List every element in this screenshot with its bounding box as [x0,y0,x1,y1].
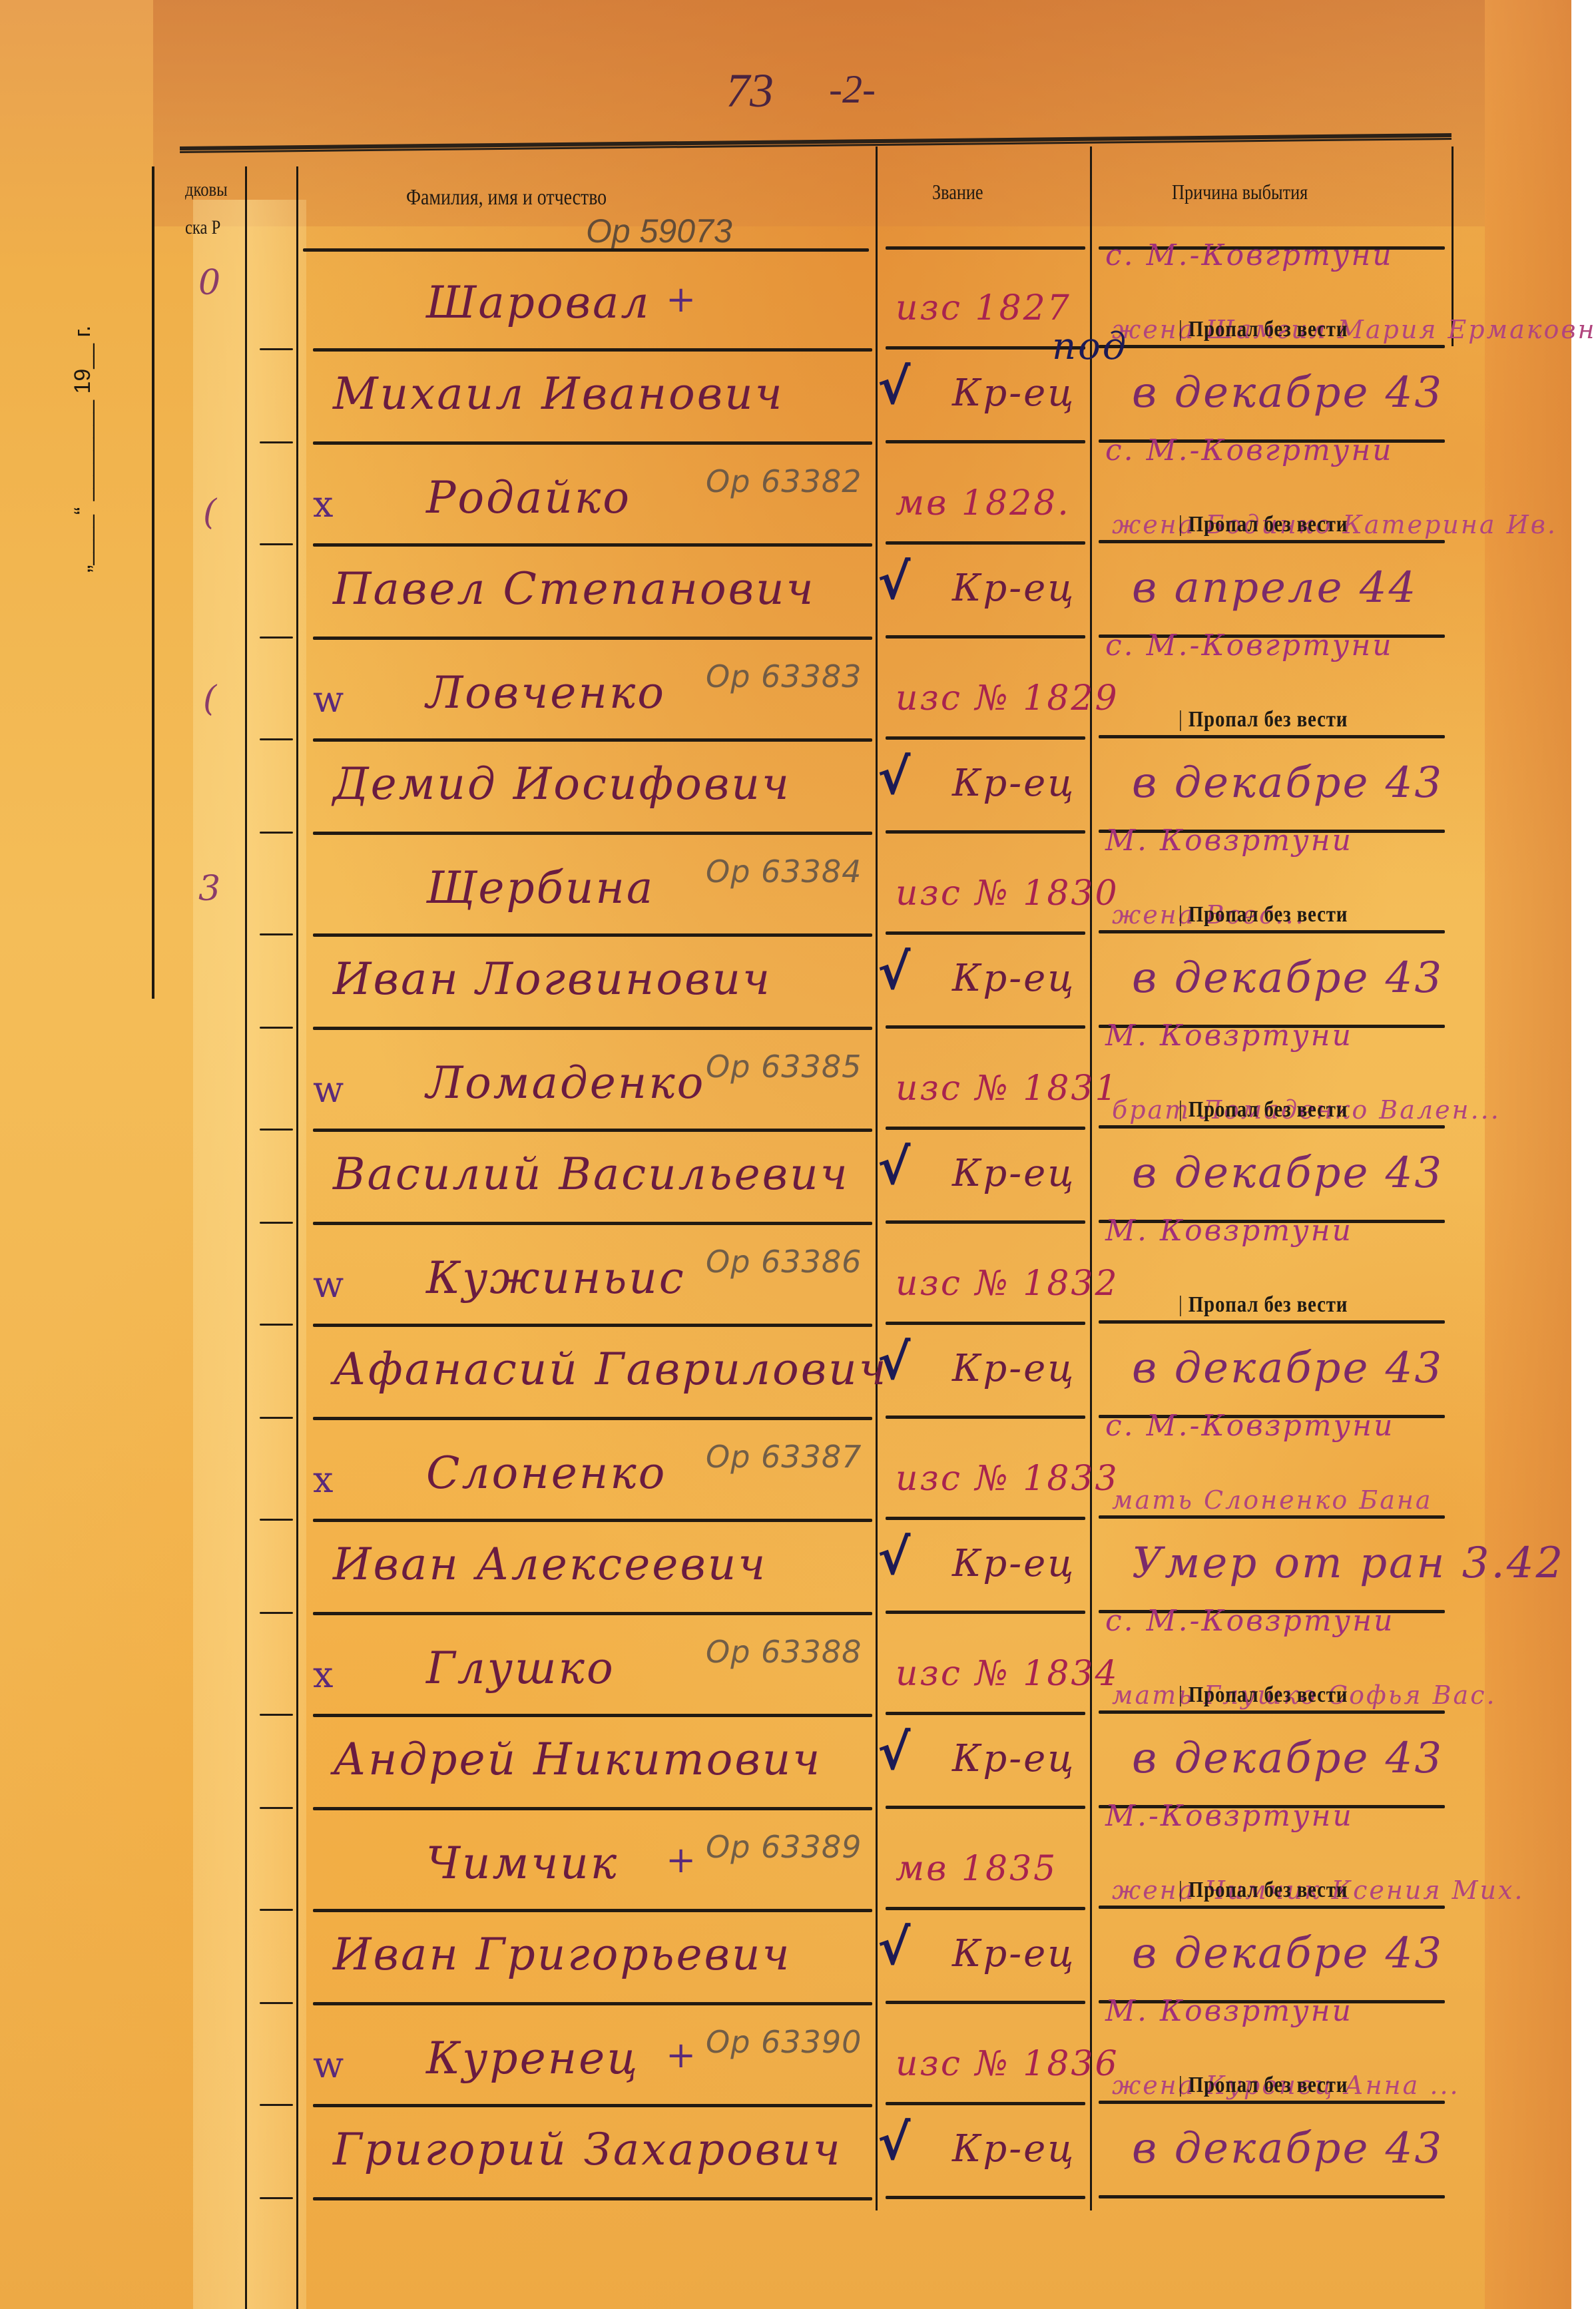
entry-pencil-id: Ор 63388 [706,1634,862,1670]
row-rule [886,1220,1085,1224]
row-rule [886,635,1085,639]
missing-stamp: Пропал без вести [1179,512,1348,537]
row-rule [260,1027,293,1029]
left-row-number: 3 [198,869,220,909]
entry-pencil-id: Ор 63382 [706,463,862,499]
entry-checkmark: √ [878,1529,910,1586]
row-rule [313,1129,872,1132]
entry-first-patronymic: Иван Логвинович [333,953,772,1005]
row-rule [886,1806,1085,1809]
entry-suffix-mark: + [666,2034,698,2076]
entry-date: в декабре 43 [1132,758,1444,808]
row-rule [313,441,872,445]
row-rule [886,2001,1085,2004]
entry-checkmark: √ [878,2114,910,2171]
tape-overlay-right [1485,0,1571,2309]
entry-surname: Куренец [426,2033,639,2084]
row-rule [313,933,872,937]
entry-checkmark: √ [878,1724,910,1781]
row-rule [886,246,1085,250]
entry-surname: Кужиньис [426,1252,686,1304]
row-rule [886,2196,1085,2199]
entry-village: с. М.-Ковгртуни [1105,238,1394,272]
column-divider [1090,146,1092,2210]
entry-rank: Кр-ец [952,372,1075,415]
entry-surname: Родайко [426,472,631,523]
entry-number: изс № 1832 [896,1264,1119,1304]
entry-first-patronymic: Павел Степанович [333,563,816,615]
entry-suffix-mark: + [666,278,698,320]
row-rule [260,1714,293,1716]
row-rule [886,1415,1085,1419]
entry-date: в декабре 43 [1132,953,1444,1003]
entry-rank: Кр-ец [952,1347,1075,1390]
row-rule [886,830,1085,834]
entry-date: в декабре 43 [1132,1344,1444,1393]
row-rule [886,440,1085,443]
row-rule [313,1714,872,1717]
entry-mark: x [313,483,335,525]
missing-stamp: Пропал без вести [1179,317,1348,342]
row-rule [313,738,872,742]
missing-stamp: Пропал без вести [1179,1878,1348,1903]
missing-stamp: Пропал без вести [1179,1097,1348,1123]
row-rule [260,2104,293,2106]
entry-number: мв 1828. [896,483,1071,523]
row-rule [313,2197,872,2200]
row-rule [886,1712,1085,1715]
row-rule [886,1517,1085,1520]
column-header-rank: Звание [932,180,983,204]
row-rule [1099,1906,1445,1909]
entry-checkmark: √ [878,358,910,415]
row-rule [313,1417,872,1420]
entry-village: М.-Ковзртуни [1105,1799,1354,1833]
row-rule [313,348,872,352]
entry-pencil-id: Ор 63387 [706,1439,862,1475]
page-number-printed: -2- [829,67,876,113]
left-row-number: ( [203,493,216,533]
scan-edge [1571,0,1596,2309]
entry-checkmark: √ [878,1919,910,1976]
row-rule [260,1519,293,1521]
entry-village: с. М.-Ковзртуни [1105,1604,1394,1638]
row-rule [313,1807,872,1810]
entry-mark: x [313,1459,335,1501]
entry-village: М. Ковзртуни [1105,1019,1353,1053]
entry-number: изс № 1836 [896,2044,1119,2084]
left-row-number: ( [203,679,216,719]
entry-date: в декабре 43 [1132,1929,1444,1978]
entry-date: в декабре 43 [1132,2124,1444,2173]
entry-note: под [1052,325,1128,368]
entry-rank: Кр-ец [952,1737,1075,1780]
row-rule [260,543,293,545]
entry-pencil-id: Ор 63385 [706,1049,862,1085]
row-rule [313,1612,872,1615]
row-rule [1099,540,1445,543]
row-rule [1099,930,1445,933]
entry-first-patronymic: Демид Иосифович [333,758,791,810]
row-rule [313,1324,872,1327]
entry-date: в декабре 43 [1132,368,1444,417]
entry-rank: Кр-ец [952,2127,1075,2171]
entry-rank: Кр-ец [952,1152,1075,1195]
entry-mark: x [313,1654,335,1696]
entry-surname: Шаровал [426,277,651,328]
entry-date: в апреле 44 [1132,563,1418,613]
entry-checkmark: √ [878,1334,910,1391]
entry-date: в декабре 43 [1132,1149,1444,1198]
entry-surname: Ловченко [426,667,666,718]
row-rule [886,1611,1085,1614]
entry-kin: мать Слоненко Бана [1112,1485,1433,1515]
column-header-name: Фамилия, имя и отчество [406,185,607,210]
row-rule [1099,1710,1445,1714]
entry-checkmark: √ [878,1139,910,1196]
row-rule [1099,1125,1445,1129]
entry-mark: w [313,2044,346,2086]
entry-village: с. М.-Ковгртуни [1105,629,1394,662]
row-rule [260,933,293,935]
row-rule [886,2102,1085,2105]
entry-first-patronymic: Василий Васильевич [333,1149,850,1200]
row-rule [260,1222,293,1224]
row-rule [260,441,293,443]
entry-first-patronymic: Иван Алексеевич [333,1539,767,1590]
row-rule [886,736,1085,740]
row-rule [260,1909,293,1911]
entry-rank: Кр-ец [952,1932,1075,1975]
entry-pencil-id: Ор 63389 [706,1829,862,1865]
row-rule [1099,345,1445,348]
entry-checkmark: √ [878,553,910,611]
row-rule [886,1025,1085,1029]
row-rule [260,637,293,639]
row-rule [313,637,872,640]
entry-number: мв 1835 [896,1849,1057,1889]
margin-line [152,166,154,999]
entry-village: с. М.-Ковгртуни [1105,433,1394,467]
entry-checkmark: √ [878,748,910,806]
entry-number: изс № 1831 [896,1069,1119,1109]
missing-stamp: Пропал без вести [1179,1682,1348,1708]
row-rule [1099,735,1445,738]
entry-mark: w [313,678,346,720]
row-rule [303,248,869,252]
row-rule [260,348,293,350]
entry-first-patronymic: Григорий Захарович [333,2124,842,2175]
entry-number: изс 1827 [896,288,1071,328]
entry-first-patronymic: Михаил Иванович [333,368,784,419]
entry-surname: Щербина [426,862,655,913]
column-header-reason: Причина выбытия [1172,180,1308,204]
missing-stamp: Пропал без вести [1179,707,1348,732]
entry-number: изс № 1834 [896,1654,1119,1694]
entry-first-patronymic: Афанасий Гаврилович [333,1344,888,1395]
entry-pencil-id: Ор 63383 [706,658,862,694]
entry-village: М. Ковзртуни [1105,1994,1353,2028]
entry-rank: Кр-ец [952,762,1075,805]
row-rule [313,832,872,835]
row-rule [886,1322,1085,1325]
entry-pencil-id: Ор 63384 [706,854,862,890]
page-number-handwritten: 73 [726,63,774,119]
column-header-partial-2: ска Р [185,216,220,239]
entry-rank: Кр-ец [952,567,1075,610]
row-rule [313,543,872,547]
row-rule [260,832,293,834]
entry-number: изс № 1830 [896,874,1119,913]
row-rule [260,2002,293,2004]
row-rule [260,1324,293,1326]
row-rule [1099,2195,1445,2198]
row-rule [313,2104,872,2107]
entry-surname: Чимчик [426,1838,619,1889]
row-rule [1099,1320,1445,1324]
entry-rank: Кр-ец [952,1542,1075,1585]
row-rule [260,2197,293,2199]
entry-surname: Слоненко [426,1447,666,1499]
entry-suffix-mark: + [666,1839,698,1881]
entry-village: М. Ковзртуни [1105,1214,1353,1248]
row-rule [886,1907,1085,1910]
row-rule [313,2002,872,2005]
row-rule [313,1222,872,1225]
row-rule [886,541,1085,545]
entry-checkmark: √ [878,943,910,1001]
row-rule [260,1807,293,1809]
left-row-number: 0 [198,263,220,303]
entry-number: изс № 1833 [896,1459,1119,1499]
entry-date: в декабре 43 [1132,1734,1444,1783]
entry-number: изс № 1829 [896,678,1119,718]
column-header-partial-1: дковы [185,178,228,201]
row-rule [1099,2101,1445,2104]
missing-stamp: Пропал без вести [1179,902,1348,927]
row-rule [260,1417,293,1419]
entry-first-patronymic: Иван Григорьевич [333,1929,792,1980]
entry-mark: w [313,1069,346,1111]
row-rule [1099,1515,1445,1519]
missing-stamp: Пропал без вести [1179,2073,1348,2098]
entry-surname: Ломаденко [426,1057,705,1109]
row-rule [313,1519,872,1522]
row-rule [313,1027,872,1030]
date-margin-label: „____“ ________ 19__ г. [70,326,96,573]
header-id-stamp: Ор 59073 [586,212,732,250]
entry-mark: w [313,1264,346,1306]
entry-pencil-id: Ор 63386 [706,1244,862,1280]
column-divider [296,166,298,2309]
entry-village: с. М.-Ковзртуни [1105,1409,1394,1443]
entry-date: Умер от ран 3.42 [1132,1539,1565,1588]
entry-pencil-id: Ор 63390 [706,2024,862,2060]
entry-surname: Глушко [426,1643,615,1694]
row-rule [886,931,1085,935]
entry-first-patronymic: Андрей Никитович [333,1734,822,1785]
entry-rank: Кр-ец [952,957,1075,1000]
missing-stamp: Пропал без вести [1179,1292,1348,1318]
entry-village: М. Ковзртуни [1105,824,1353,858]
column-divider [245,166,247,2309]
row-rule [260,1612,293,1614]
row-rule [260,1129,293,1131]
row-rule [260,738,293,740]
row-rule [313,1909,872,1912]
row-rule [886,1127,1085,1130]
